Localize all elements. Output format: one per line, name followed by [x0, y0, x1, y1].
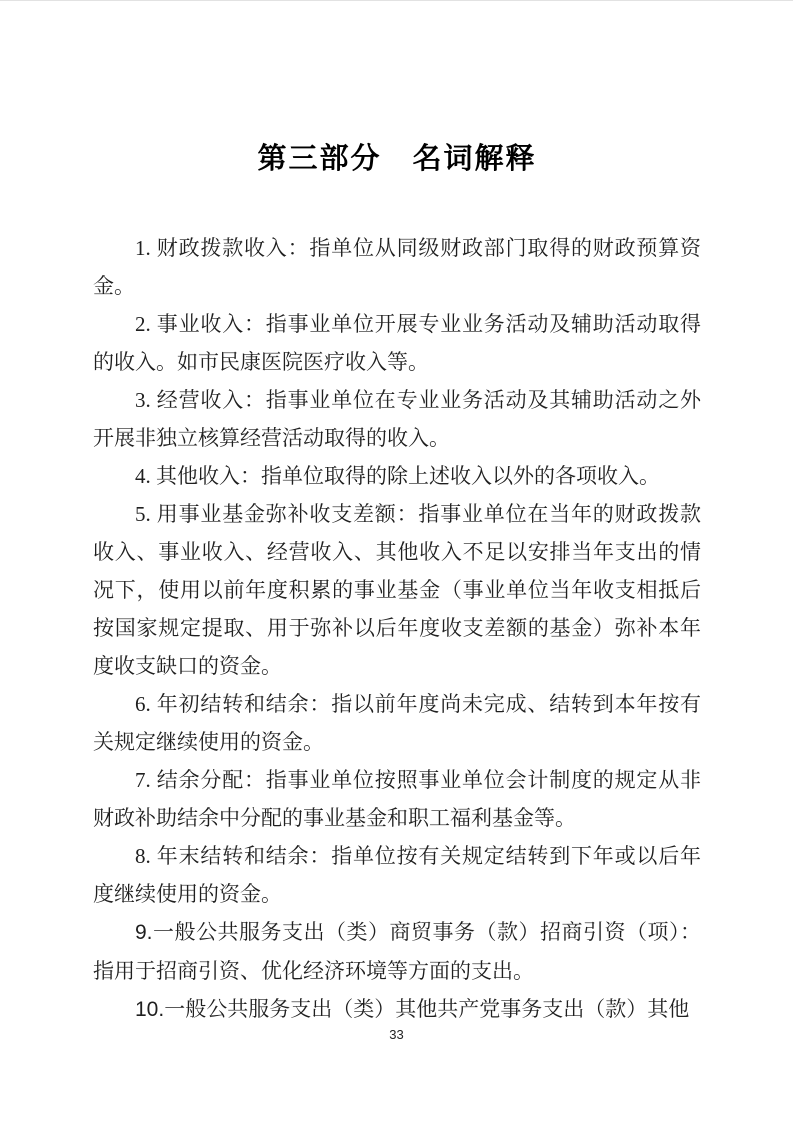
glossary-item-10: 10.一般公共服务支出（类）其他共产党事务支出（款）其他	[93, 990, 701, 1029]
glossary-item-9-body: 指用于招商引资、优化经济环境等方面的支出。	[93, 959, 534, 983]
glossary-item-2: 2. 事业收入：指事业单位开展专业业务活动及辅助活动取得的收入。如市民康医院医疗…	[93, 305, 701, 381]
glossary-content: 第三部分 名词解释 1. 财政拨款收入：指单位从同级财政部门取得的财政预算资金。…	[93, 139, 701, 1029]
page-title: 第三部分 名词解释	[93, 139, 701, 179]
glossary-item-9-heading: 9.一般公共服务支出（类）商贸事务（款）招商引资（项）：	[135, 921, 701, 944]
glossary-item-9: 9.一般公共服务支出（类）商贸事务（款）招商引资（项）：指用于招商引资、优化经济…	[93, 913, 701, 990]
glossary-item-10-heading: 10.一般公共服务支出（类）其他共产党事务支出（款）其他	[135, 998, 689, 1021]
glossary-item-1: 1. 财政拨款收入：指单位从同级财政部门取得的财政预算资金。	[93, 229, 701, 305]
page-number: 33	[0, 1027, 793, 1042]
glossary-item-8: 8. 年末结转和结余：指单位按有关规定结转到下年或以后年度继续使用的资金。	[93, 837, 701, 913]
glossary-item-3: 3. 经营收入：指事业单位在专业业务活动及其辅助活动之外开展非独立核算经营活动取…	[93, 381, 701, 457]
document-page: 第三部分 名词解释 1. 财政拨款收入：指单位从同级财政部门取得的财政预算资金。…	[0, 0, 793, 1123]
glossary-item-7: 7. 结余分配：指事业单位按照事业单位会计制度的规定从非财政补助结余中分配的事业…	[93, 761, 701, 837]
glossary-item-5: 5. 用事业基金弥补收支差额：指事业单位在当年的财政拨款收入、事业收入、经营收入…	[93, 495, 701, 685]
glossary-item-6: 6. 年初结转和结余：指以前年度尚未完成、结转到本年按有关规定继续使用的资金。	[93, 685, 701, 761]
glossary-item-4: 4. 其他收入：指单位取得的除上述收入以外的各项收入。	[93, 457, 701, 495]
